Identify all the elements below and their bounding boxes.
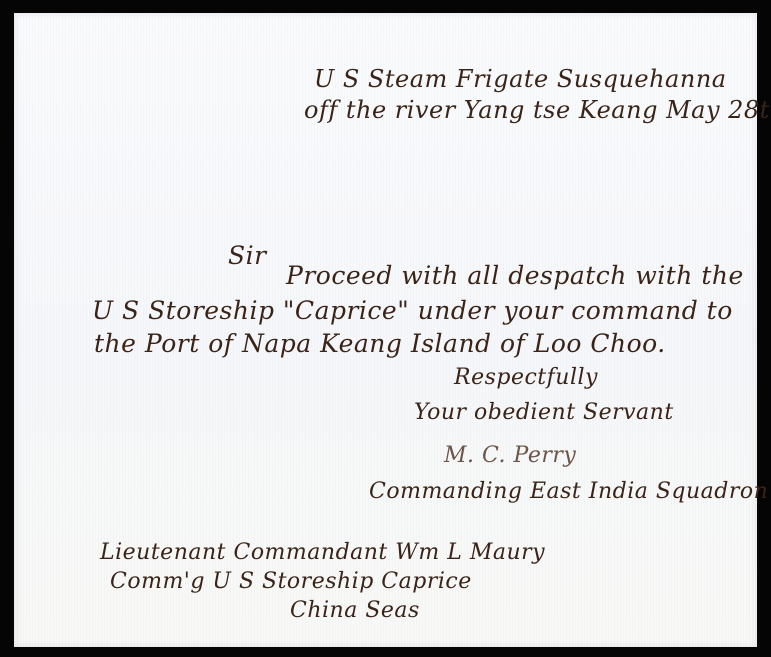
body-line-2: U S Storeship "Caprice" under your comma…	[92, 296, 733, 325]
heading-line-1: U S Steam Frigate Susquehanna	[314, 65, 727, 93]
signer-title: Commanding East India Squadron	[369, 479, 768, 504]
closing-servant: Your obedient Servant	[414, 400, 674, 425]
letter-paper: U S Steam Frigate Susquehanna off the ri…	[14, 13, 757, 647]
signature: M. C. Perry	[444, 443, 576, 468]
addressee-line-3: China Seas	[290, 598, 420, 623]
salutation: Sir	[228, 241, 267, 270]
heading-line-2: off the river Yang tse Keang May 28th 18…	[304, 96, 771, 124]
addressee-line-2: Comm'g U S Storeship Caprice	[110, 569, 472, 594]
body-line-3: the Port of Napa Keang Island of Loo Cho…	[94, 329, 666, 358]
closing-respectfully: Respectfully	[454, 365, 598, 390]
body-line-1: Proceed with all despatch with the	[286, 261, 744, 290]
addressee-line-1: Lieutenant Commandant Wm L Maury	[100, 540, 545, 565]
